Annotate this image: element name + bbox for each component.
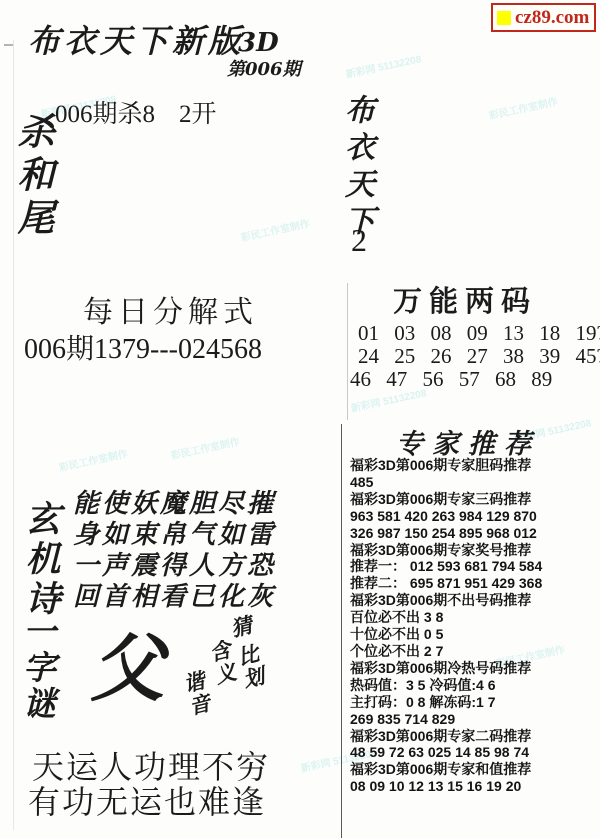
expert-line: 热码值：3 5 冷码值:4 6 — [350, 677, 598, 694]
expert-line: 百位必不出 3 8 — [350, 609, 598, 626]
expert-line: 十位必不出 0 5 — [350, 626, 598, 643]
kill-number-text: 006期杀8 — [55, 94, 155, 130]
watermark: 彩民工作室制作 — [487, 93, 559, 122]
expert-line: 963 581 420 263 984 129 870 — [350, 508, 598, 525]
kill-sum-tail-label: 杀和尾 — [14, 112, 51, 241]
expert-line: 福彩3D第006期专家二码推荐 — [350, 728, 598, 745]
expert-line: 福彩3D第006期不出号码推荐 — [350, 592, 598, 609]
poem-line: 一声震得人方恐 — [73, 551, 276, 582]
scan-artifact-tick — [4, 44, 13, 46]
watermark: 新彩网 51132208 — [344, 50, 422, 81]
riddle-hint-strokes: 比划 — [235, 642, 267, 692]
watermark: 彩民工作室制作 — [57, 445, 129, 474]
poem-line: 能使妖魔胆尽摧 — [73, 489, 276, 520]
expert-line: 269 835 714 829 — [350, 711, 598, 728]
series-vertical-title: 布衣天下 — [341, 94, 371, 242]
game-label: 3D — [238, 28, 279, 58]
expert-line: 推荐二： 695 871 951 429 368 — [350, 575, 598, 592]
two-codes-row: 24 25 26 27 38 39 45? — [358, 344, 600, 369]
expert-line: 08 09 10 12 13 15 16 19 20 — [350, 778, 598, 795]
daily-decomposition-formula: 006期1379---024568 — [24, 327, 262, 367]
watermark: 彩民工作室制作 — [169, 433, 241, 462]
two-codes-title: 万能两码 — [393, 279, 537, 320]
expert-line: 485 — [350, 474, 598, 491]
issue-label: 第006期 — [227, 55, 301, 81]
watermark: 彩民工作室制作 — [239, 215, 311, 244]
mystery-poem-label: 玄机诗 — [23, 500, 58, 620]
riddle-character: 父 — [90, 632, 164, 706]
expert-line: 福彩3D第006期冷热号码推荐 — [350, 660, 598, 677]
lottery-sheet-page: 新彩网 51132208 彩民工作室制作 新彩网 51132208 彩民工作室制… — [0, 0, 600, 838]
page-title: 布衣天下新版 — [28, 16, 244, 62]
riddle-hint-meaning: 含义 — [207, 638, 239, 688]
expert-line: 福彩3D第006期专家和值推荐 — [350, 761, 598, 778]
mystery-poem: 能使妖魔胆尽摧 身如束帛气如雷 一声震得人方恐 回首相看已化灰 — [73, 489, 276, 613]
two-codes-row: 46 47 56 57 68 89 — [350, 367, 552, 392]
expert-line: 福彩3D第006期专家奖号推荐 — [350, 542, 598, 559]
riddle-hint-homophone: 谐音 — [181, 669, 213, 719]
site-badge-text: cz89.com — [515, 8, 589, 27]
site-badge: cz89.com — [491, 3, 596, 32]
expert-line: 福彩3D第006期专家胆码推荐 — [350, 457, 598, 474]
expert-recommend-list: 福彩3D第006期专家胆码推荐 485 福彩3D第006期专家三码推荐 963 … — [350, 457, 598, 795]
expert-line: 326 987 150 254 895 968 012 — [350, 525, 598, 542]
expert-recommend-title: 专家推荐 — [396, 422, 540, 461]
kill-number-line: 006期杀8 2开 — [55, 94, 217, 130]
expert-line: 福彩3D第006期专家三码推荐 — [350, 491, 598, 508]
one-char-riddle-label: 一字谜 — [21, 614, 54, 722]
poem-line: 身如束帛气如雷 — [73, 520, 276, 551]
expert-line: 48 59 72 63 025 14 85 98 74 — [350, 744, 598, 761]
yellow-square-icon — [497, 11, 511, 25]
kill-open-text: 2开 — [179, 94, 217, 130]
expert-line: 个位必不出 2 7 — [350, 643, 598, 660]
section-divider-dark — [341, 424, 342, 838]
two-codes-row: 01 03 08 09 13 18 19? — [358, 321, 600, 346]
expert-line: 主打码：0 8 解冻码:1 7 — [350, 694, 598, 711]
daily-decomposition-title: 每日分解式 — [83, 287, 258, 331]
series-number: 2 — [351, 222, 367, 259]
poem-line: 回首相看已化灰 — [73, 582, 276, 613]
expert-line: 推荐一： 012 593 681 794 584 — [350, 558, 598, 575]
riddle-hint-guess: 猜 — [229, 614, 256, 640]
motto-line: 有功无运也难逢 — [28, 777, 266, 823]
section-divider-light — [347, 283, 348, 420]
